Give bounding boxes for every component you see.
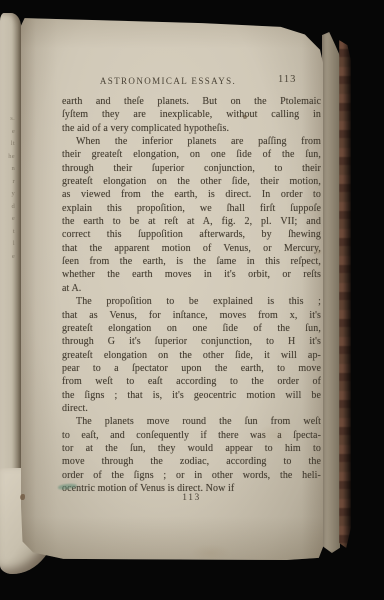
text-line: the earth to be at reſt at A, fig. 2, pl… (62, 215, 321, 228)
text-line: order of the ſigns ; or in other words, … (62, 469, 321, 482)
book-page: ASTRONOMICAL ESSAYS. 113 earth and theſe… (21, 16, 323, 560)
text-line: as viewed from the earth, is direct. In … (62, 188, 321, 201)
text-line: the ſigns ; that is, it's geocentric mot… (62, 389, 321, 402)
text-line: greateſt elongation on the other ſide, i… (62, 349, 321, 362)
facing-page-showthrough-text: s. e lt he n r y d e t l e (1, 113, 15, 263)
foxing-stain (191, 544, 231, 562)
text-line: that as Venus, for inſtance, moves from … (62, 309, 321, 322)
book-board-edge (339, 40, 351, 548)
running-head: ASTRONOMICAL ESSAYS. (62, 76, 274, 86)
text-line: move through the zodiac, according to th… (62, 455, 321, 468)
text-line: explain this propoſition, we ſhall firſt… (62, 202, 321, 215)
text-line: whether the earth moves in it's orbit, o… (62, 268, 321, 281)
text-line: through G it's ſuperior conjunction, to … (62, 335, 321, 348)
text-line: ſeen from the earth, is the ſame in this… (62, 255, 321, 268)
text-line: tor at the ſun, they would appear to him… (62, 442, 321, 455)
text-line: greateſt elongation on one ſide of the ſ… (62, 322, 321, 335)
text-line: The propoſition to be explained is this … (62, 295, 321, 308)
text-line: to eaſt, and conſequently if there was a… (62, 429, 321, 442)
text-line: pear to a ſpectator upon the earth, to m… (62, 362, 321, 375)
text-line: their greateſt elongation, on one ſide o… (62, 148, 321, 161)
page-number-bottom: 113 (62, 493, 321, 503)
book-photo: s. e lt he n r y d e t l e ASTRONOMICAL … (0, 0, 384, 600)
text-line: at A. (62, 282, 321, 295)
text-line: When the inferior planets are paſſing fr… (62, 135, 321, 148)
text-line: direct. (62, 402, 321, 415)
text-line: The planets move round the ſun from weſt (62, 415, 321, 428)
text-line: through their ſuperior conjunction, to t… (62, 162, 321, 175)
text-line: greateſt elongation on the other ſide, t… (62, 175, 321, 188)
book-fore-edge (322, 32, 340, 553)
body-text: earth and theſe planets. But on the Ptol… (62, 95, 321, 495)
page-number-top: 113 (278, 74, 296, 85)
text-line: ſyſtem they are inexplicable, without ca… (62, 108, 321, 121)
text-line: earth and theſe planets. But on the Ptol… (62, 95, 321, 108)
text-line: correct this ſuppoſition afterwards, by … (62, 228, 321, 241)
text-line: that the apparent motion of Venus, or Me… (62, 242, 321, 255)
text-line: from weſt to eaſt according to the order… (62, 375, 321, 388)
text-line: the aid of a very complicated hypotheſis… (62, 122, 321, 135)
